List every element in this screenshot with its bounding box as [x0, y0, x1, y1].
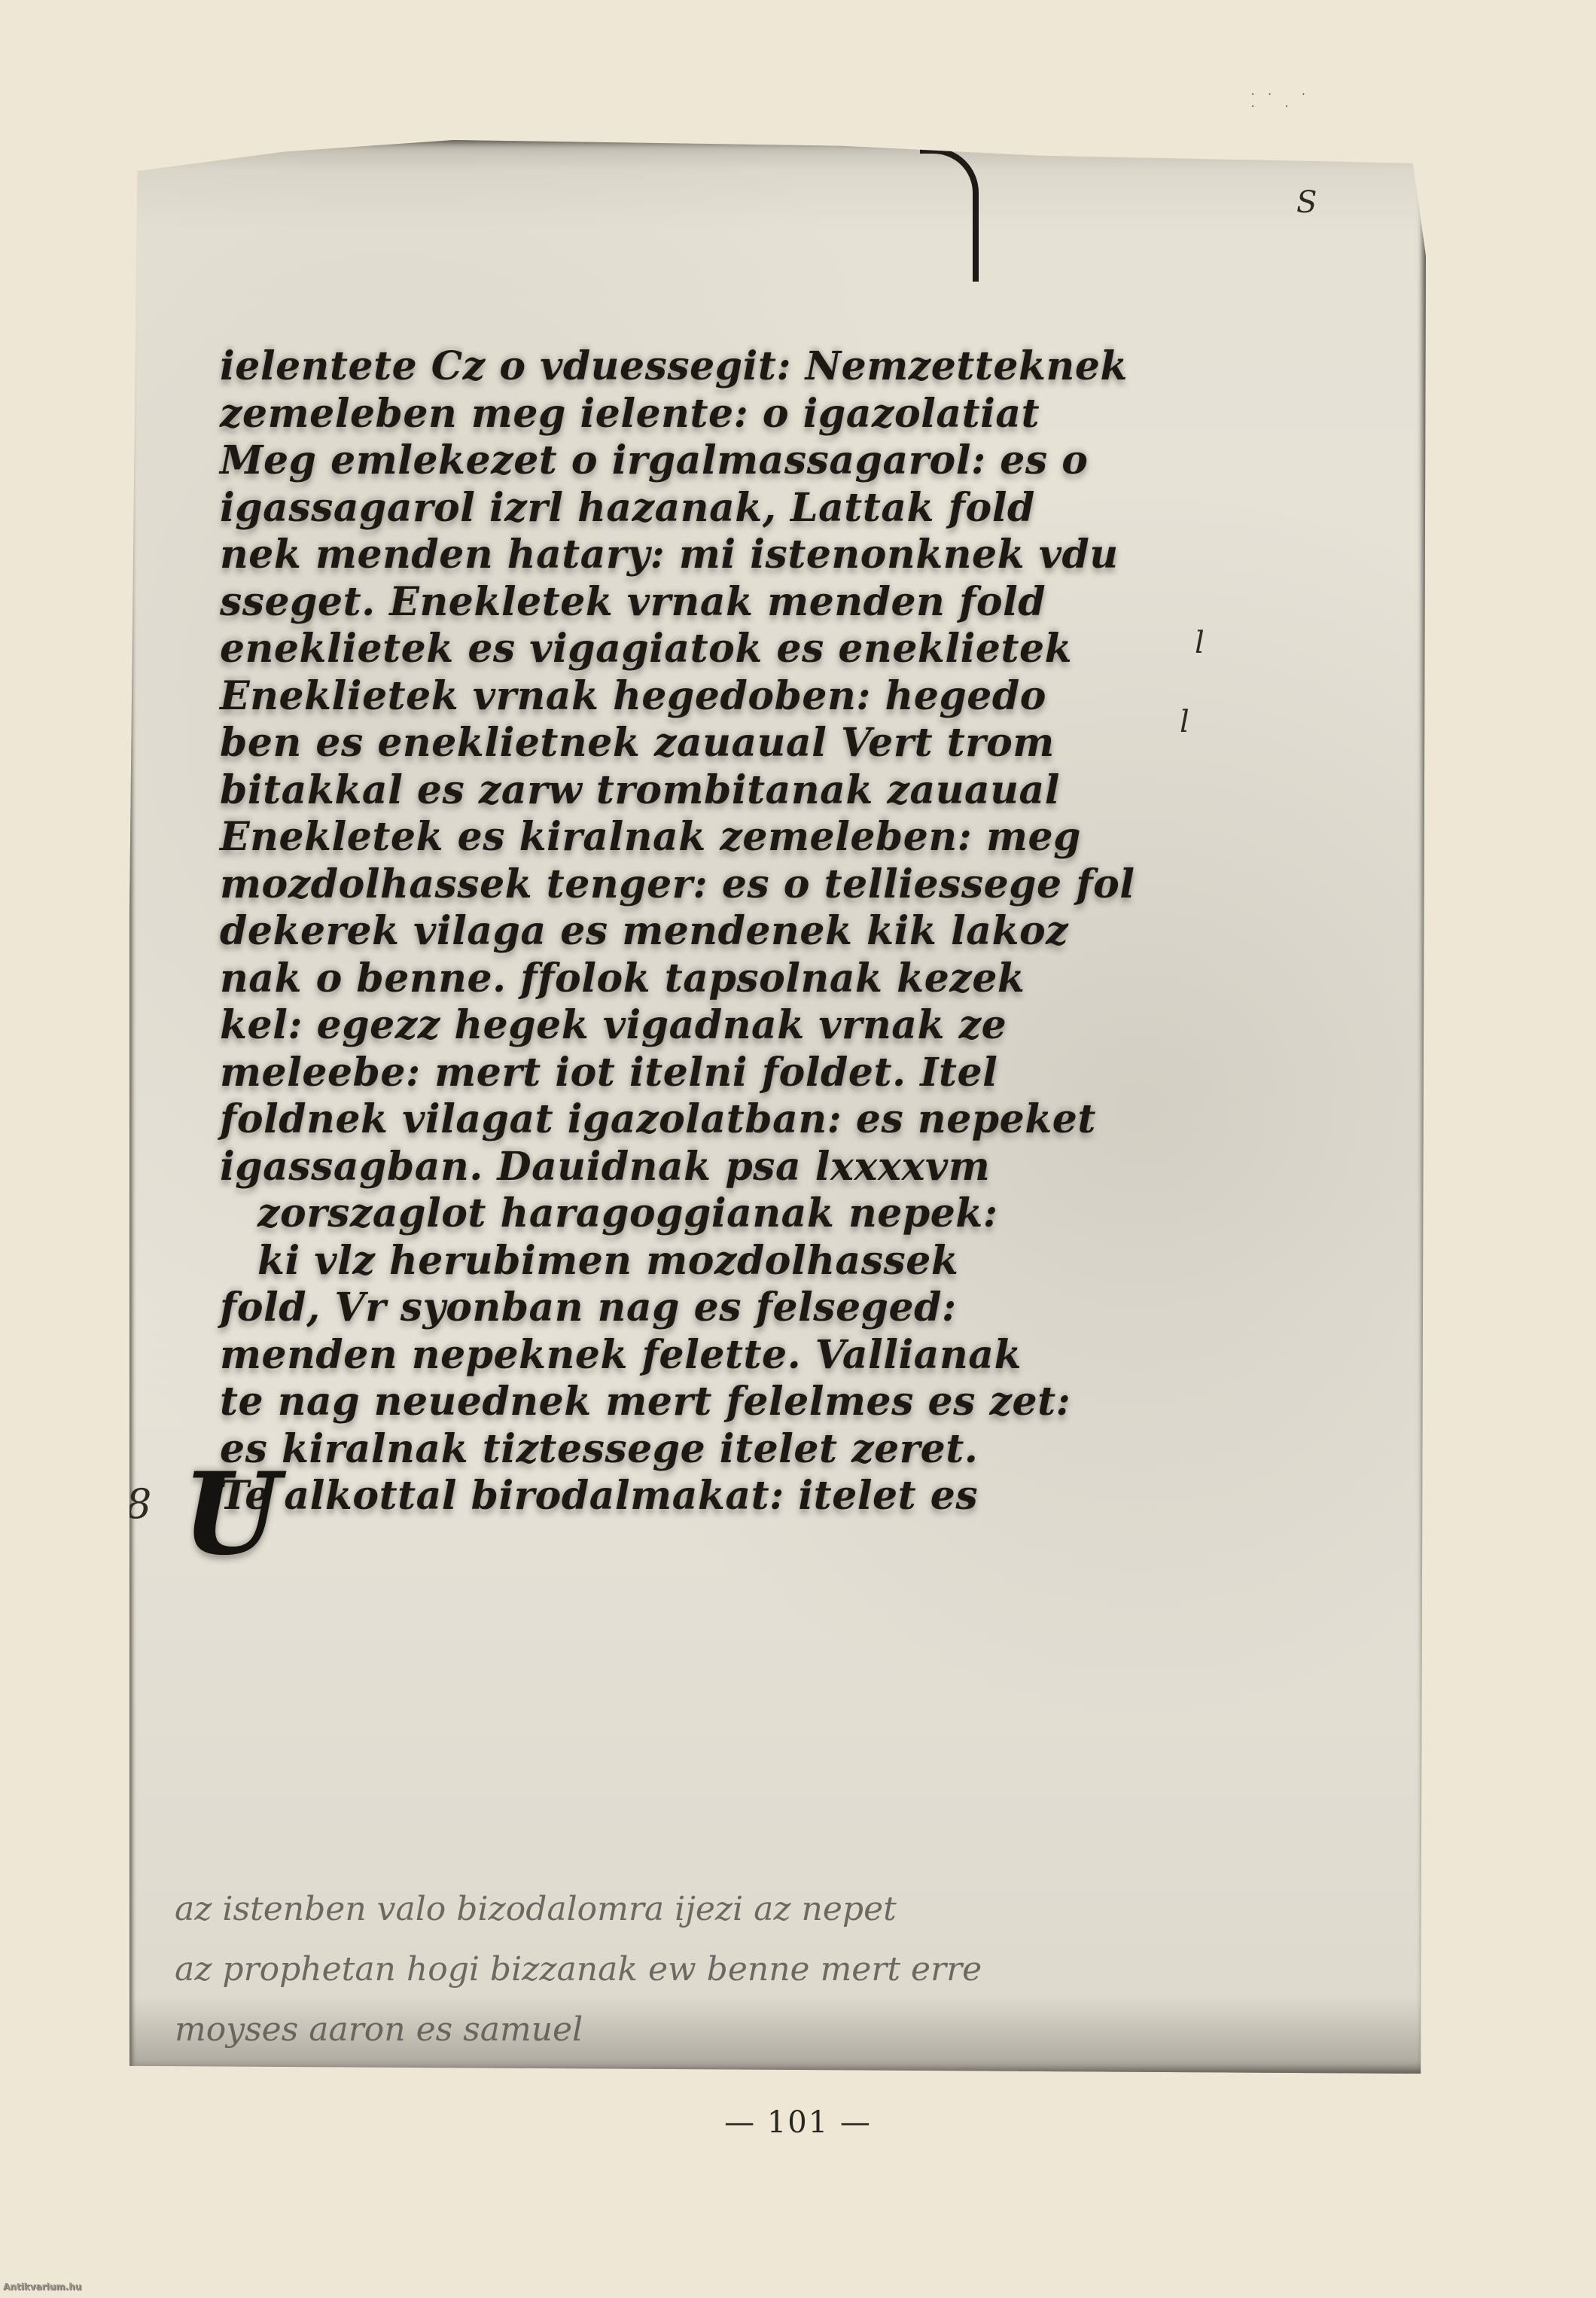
ms-line: foldnek vilagat igazolatban: es nepeket: [220, 1096, 1349, 1144]
page-number: — 101 —: [0, 2105, 1596, 2140]
ms-line: Eneklietek vrnak hegedoben: hegedo: [220, 673, 1349, 721]
ms-line: dekerek vilaga es mendenek kik lakoz: [220, 908, 1349, 955]
ms-line: mozdolhassek tenger: es o telliessege fo…: [220, 861, 1349, 909]
ms-line: igassagban. Dauidnak psa lxxxxvm: [220, 1144, 1349, 1191]
ms-line: igassagarol izrl hazanak, Lattak fold: [220, 485, 1349, 532]
ms-line: meleebe: mert iot itelni foldet. Itel: [220, 1050, 1349, 1097]
ms-line: es kiralnak tiztessege itelet zeret.: [220, 1426, 1349, 1474]
margin-mark-left: 8: [126, 1480, 151, 1528]
ms-line: fold, Vr syonban nag es felseged:: [220, 1285, 1349, 1332]
ms-line: sseget. Enekletek vrnak menden fold: [220, 579, 1349, 626]
annotation-line: az istenben valo bizodalomra ijezi az ne…: [175, 1879, 1349, 1940]
annotation-line: az prophetan hogi bizzanak ew benne mert…: [175, 1940, 1349, 2000]
ms-line: ki vlz herubimen mozdolhassek: [220, 1238, 1349, 1285]
manuscript-plate: S l l 8 U ielentete Cz o vduessegit: Nem…: [129, 140, 1426, 2074]
ms-line: ben es eneklietnek zauaual Vert trom: [220, 720, 1349, 767]
ms-line: zorszaglot haragoggianak nepek:: [220, 1190, 1349, 1238]
ms-line: menden nepeknek felette. Vallianak: [220, 1332, 1349, 1379]
margin-hook-flourish: [920, 148, 979, 282]
ms-line: bitakkal es zarw trombitanak zauaual: [220, 767, 1349, 815]
ms-line: Enekletek es kiralnak zemeleben: meg: [220, 814, 1349, 861]
later-hand-annotation: az istenben valo bizodalomra ijezi az ne…: [175, 1879, 1349, 2060]
ms-line: Te alkottal birodalmakat: itelet es: [220, 1473, 1349, 1520]
ms-line: te nag neuednek mert felelmes es zet:: [220, 1379, 1349, 1426]
annotation-line: moyses aaron es samuel: [175, 2000, 1349, 2060]
ms-line: nak o benne. ffolok tapsolnak kezek: [220, 955, 1349, 1003]
ms-line: eneklietek es vigagiatok es eneklietek: [220, 626, 1349, 673]
ms-line: kel: egezz hegek vigadnak vrnak ze: [220, 1002, 1349, 1050]
ms-line: ielentete Cz o vduessegit: Nemzetteknek: [220, 343, 1349, 391]
watermark: Antikvarium.hu: [3, 2281, 81, 2292]
drop-initial: U: [182, 1458, 281, 1571]
main-hand-text: U ielentete Cz o vduessegit: Nemzettekne…: [220, 343, 1349, 1520]
ms-line: nek menden hatary: mi istenonknek vdu: [220, 532, 1349, 579]
ms-line: zemeleben meg ielente: o igazolatiat: [220, 391, 1349, 438]
margin-mark-right-top: S: [1296, 185, 1317, 220]
ms-line: Meg emlekezet o irgalmassagarol: es o: [220, 437, 1349, 485]
scan-marks: ·· · · ·: [1250, 89, 1340, 96]
